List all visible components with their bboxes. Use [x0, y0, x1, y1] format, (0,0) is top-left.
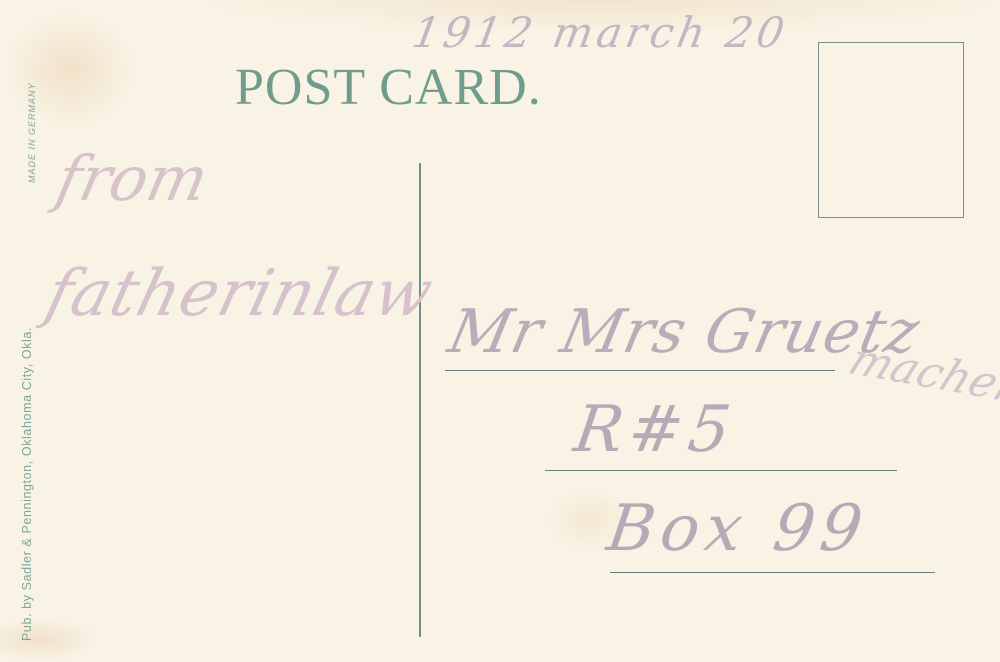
center-divider-line	[419, 163, 421, 637]
handwritten-message-sender: fatherinlaw	[40, 262, 439, 326]
made-in-germany-mark: MADE IN GERMANY	[27, 82, 37, 183]
address-line-3	[610, 572, 935, 573]
handwritten-date: 1912 march 20	[409, 12, 791, 54]
stamp-box-icon	[818, 42, 964, 218]
postcard-back: POST CARD. Pub. by Sadler & Pennington, …	[0, 0, 1000, 662]
address-line-2	[545, 470, 897, 471]
handwritten-recipient-name-tail: macher	[843, 339, 1000, 410]
post-card-heading: POST CARD.	[235, 62, 542, 114]
address-line-1	[445, 370, 835, 371]
handwritten-box-number: Box 99	[604, 497, 872, 561]
publisher-imprint: Pub. by Sadler & Pennington, Oklahoma Ci…	[20, 327, 34, 641]
handwritten-rural-route: R#5	[571, 398, 741, 462]
handwritten-message-from: from	[51, 148, 213, 210]
